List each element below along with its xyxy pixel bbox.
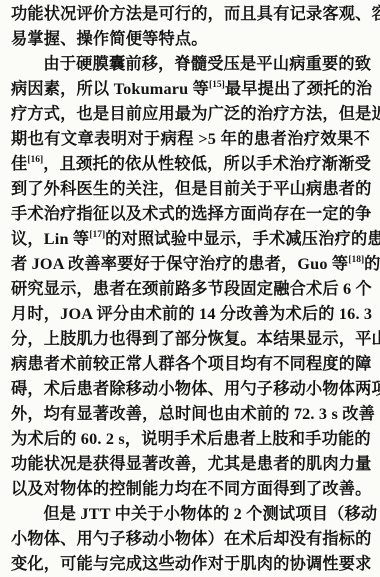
text-line: 分，上肢肌力也得到了部分恢复。本结果显示，平山 [11,327,370,352]
text-line: 由于硬膜囊前移，脊髓受压是平山病重要的致 [11,52,370,77]
text-line: 佳[16]，且颈托的依从性较低，所以手术治疗渐渐受 [11,152,370,177]
text-line: 但是 JTT 中关于小物体的 2 个测试项目（移动 [11,502,370,527]
text-line: 到了外科医生的关注，但是目前关于平山病患者的 [11,177,370,202]
text-line: 变化，可能与完成这些动作对于肌肉的协调性要求 [11,552,370,577]
text-line: 为术后的 60. 2 s，说明手术后患者上肢和手功能的 [11,427,370,452]
text-line: 外，均有显著改善，总时间也由术前的 72. 3 s 改善 [11,402,370,427]
citation-superscript: [16] [27,155,43,165]
article-text-column: 功能状况评价方法是可行的，而且具有记录客观、容易掌握、操作简便等特点。由于硬膜囊… [11,2,370,577]
text-line: 碍，术后患者除移动小物体、用勺子移动小物体两项 [11,377,370,402]
text-line: 功能状况评价方法是可行的，而且具有记录客观、容 [11,2,370,27]
text-line: 疗方式，也是目前应用最为广泛的治疗方法，但是近 [11,102,370,127]
text-line: 手术治疗指征以及术式的选择方面尚存在一定的争 [11,202,370,227]
text-line: 研究显示，患者在颈前路多节段固定融合术后 6 个 [11,277,370,302]
text-line: 功能状况是获得显著改善，尤其是患者的肌肉力量 [11,452,370,477]
text-line: 易掌握、操作简便等特点。 [11,27,370,52]
text-line: 病患者术前较正常人群各个项目均有不同程度的障 [11,352,370,377]
journal-page: 功能状况评价方法是可行的，而且具有记录客观、容易掌握、操作简便等特点。由于硬膜囊… [0,0,380,577]
text-line: 月时，JOA 评分由术前的 14 分改善为术后的 16. 3 [11,302,370,327]
text-line: 期也有文章表明对于病程 >5 年的患者治疗效果不 [11,127,370,152]
text-line: 议，Lin 等[17]的对照试验中显示，手术减压治疗的患 [11,227,370,252]
text-line: 者 JOA 改善率要好于保守治疗的患者，Guo 等[18]的 [11,252,370,277]
text-line: 以及对物体的控制能力均在不同方面得到了改善。 [11,477,370,502]
citation-superscript: [18] [348,255,364,265]
citation-superscript: [15] [209,80,225,90]
citation-superscript: [17] [89,230,105,240]
text-line: 小物体、用勺子移动小物体）在术后却没有指标的 [11,527,370,552]
text-line: 病因素，所以 Tokumaru 等[15]最早提出了颈托的治 [11,77,370,102]
